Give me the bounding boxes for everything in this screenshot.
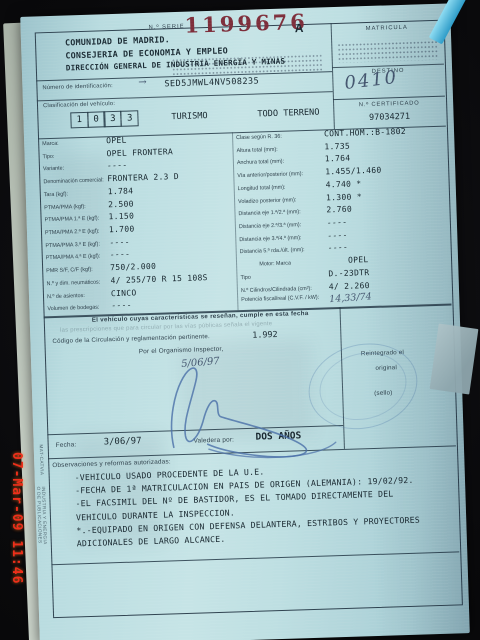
spec-label: Longitud total (mm):: [238, 183, 323, 192]
certification-year: 1.992: [252, 329, 278, 340]
spec-label: Vía anterior/posterior (mm):: [237, 171, 322, 180]
spec-value: OPEL: [106, 136, 127, 146]
spec-value: 750/2.000: [110, 262, 156, 272]
spec-label: Motor: Marca: [240, 259, 344, 268]
identificacion-mark: →: [138, 77, 147, 88]
spec-value: D.-23DTR: [328, 268, 369, 278]
edge-print-line2: INDUSTRIA Y ENERGIA: [41, 486, 48, 544]
spec-value: ----: [328, 243, 349, 253]
spec-value: 1.455/1.460: [325, 166, 382, 177]
spec-value: 4/ 2.260: [329, 281, 370, 291]
clasificacion-digit: 1: [70, 112, 88, 129]
clasificacion-type2: TODO TERRENO: [257, 108, 319, 120]
clasificacion-digit: 0: [87, 111, 105, 128]
spec-value: 1.300 *: [326, 192, 362, 202]
spec-label: Potencia fiscal/real (C.V.F. / kW):: [241, 295, 326, 304]
spec-label: N.º Cilindros/Cilindrada (cm³):: [241, 285, 326, 294]
serie-number: 1199676: [184, 9, 308, 38]
spec-label: PTMA/PMA 3.ª E (kgf):: [45, 241, 107, 249]
spec-value: FRONTERA 2.3 D: [107, 172, 179, 183]
fecha-label: Fecha:: [56, 441, 77, 449]
spec-label: Voladizo posterior (mm):: [238, 196, 323, 205]
inspector-signature: [111, 347, 344, 464]
spec-value: 1.784: [108, 186, 134, 196]
spec-value: 2.760: [326, 205, 352, 215]
spec-value: ----: [107, 161, 128, 171]
spec-value: 1.150: [108, 212, 134, 222]
spec-label: N.º y dim. neumáticos:: [47, 279, 109, 287]
spec-value: 1.735: [324, 141, 350, 151]
serie-suffix: A: [294, 21, 303, 35]
spec-label: Denominación comercial:: [43, 177, 105, 185]
spec-value: 2.500: [108, 199, 134, 209]
spec-value: 4/ 255/70 R 15 108S: [110, 273, 207, 285]
matricula-dots: [337, 40, 438, 63]
spec-value: ----: [110, 250, 131, 260]
spec-label: PTMA/PMA 4.ª E (kgf):: [46, 254, 108, 262]
spec-label: Altura total (mm):: [236, 145, 321, 154]
photo-background: { "photo": { "timestamp": "07-Mar-09 11:…: [0, 0, 480, 640]
spec-label: Variante:: [43, 165, 105, 173]
spec-label: Tipo: [240, 272, 325, 281]
spec-label: PTMA/PMA (kgf):: [44, 203, 106, 211]
spec-value: ----: [109, 237, 130, 247]
spec-label: PTMA/PMA 1.ª E (kgf):: [45, 216, 107, 224]
clasificacion-digit: 3: [120, 110, 138, 127]
spec-value: ----: [327, 218, 348, 228]
spec-value: CINCO: [111, 288, 137, 298]
document-card: N.º SERIE 1199676 A COMUNIDAD DE MADRID.…: [20, 3, 470, 640]
spec-value: 1.764: [325, 154, 351, 164]
spec-label: N.º de asientos:: [47, 292, 109, 300]
spec-label: Marca:: [42, 139, 104, 147]
spec-label: PMR S/F, C/F (kgf):: [46, 266, 108, 274]
spec-label: Distancia eje 1.ª/2.ª (mm):: [238, 209, 323, 218]
spec-label: Anchura total (mm):: [237, 158, 322, 167]
spec-label: Clase según R. 36:: [236, 133, 321, 142]
spec-label: PTMA/PMA 2.ª E (kgf):: [45, 228, 107, 236]
serie-label: N.º SERIE: [149, 24, 185, 31]
camera-timestamp: 07-Mar-09 11:46: [9, 452, 24, 584]
spec-value: ----: [327, 230, 348, 240]
spec-value: CONT.HOM.:B-1802: [324, 127, 406, 139]
spec-label: Tipo:: [43, 152, 105, 160]
tape-strip: [430, 324, 479, 395]
spec-label: Volumen de bodegas:: [47, 305, 109, 313]
spec-value: OPEL FRONTERA: [106, 147, 173, 158]
spec-value: OPEL: [348, 255, 369, 265]
spec-value: 4.740 *: [326, 179, 362, 189]
spec-value: 1.700: [109, 224, 135, 234]
spec-value: ----: [111, 301, 132, 311]
clasificacion-digit: 3: [104, 111, 122, 128]
spec-label: Tara (kgf):: [44, 190, 106, 198]
clasificacion-code: 1033: [71, 110, 139, 128]
spec-label: Distancia eje 2.ª/3.ª (mm):: [239, 222, 324, 231]
clasificacion-type1: TURISMO: [171, 111, 208, 122]
spec-label: Distancia eje 3.ª/4.ª (mm):: [239, 234, 324, 243]
spec-label: Distancia 5.ª rda./últ. (mm):: [240, 247, 325, 256]
edge-print-top: MAT-CATVIA: [39, 444, 45, 475]
observaciones-lines: -VEHICULO USADO PROCEDENTE DE LA U.E. -F…: [75, 460, 455, 551]
specs-right-column: Clase según R. 36: CONT.HOM.:B-1802 Altu…: [236, 126, 449, 311]
specs-left-column: Marca: OPEL Tipo: OPEL FRONTERA Variante…: [42, 132, 236, 316]
